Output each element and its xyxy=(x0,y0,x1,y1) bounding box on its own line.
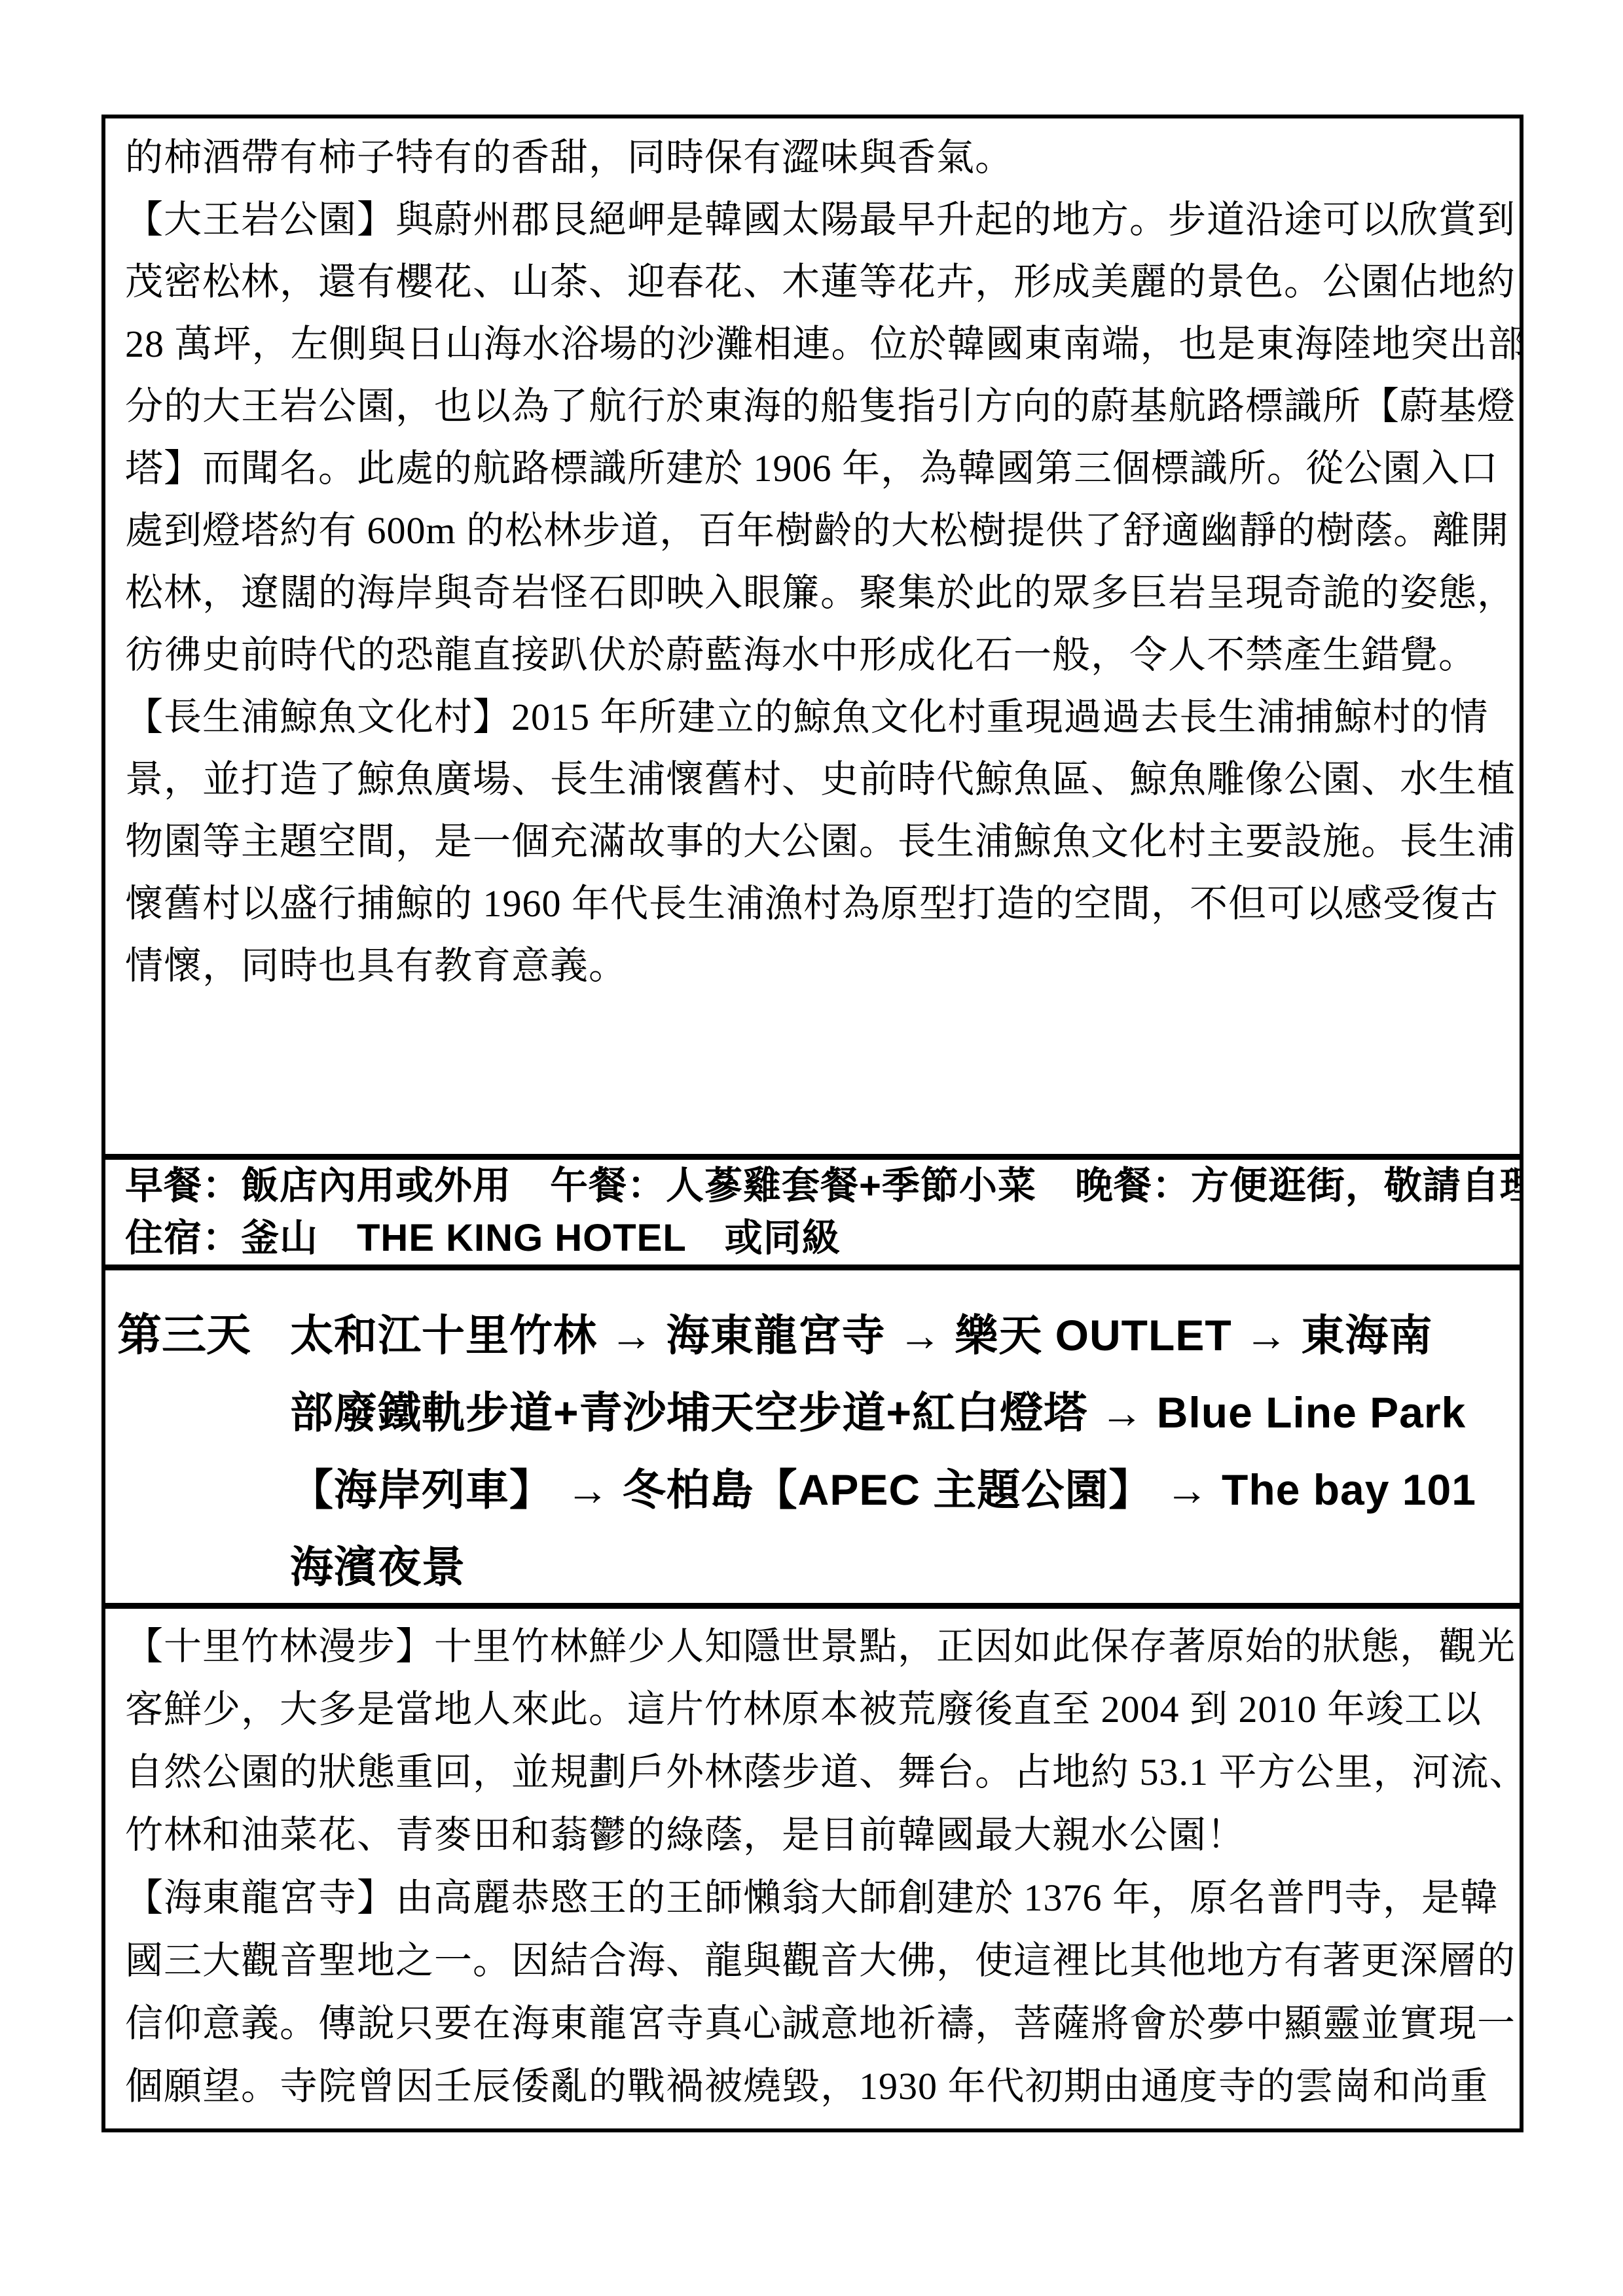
text-line: 處到燈塔約有 600m 的松林步道，百年樹齡的大松樹提供了舒適幽靜的樹蔭。離開 xyxy=(125,499,1503,562)
text-line: 景，並打造了鯨魚廣場、長生浦懷舊村、史前時代鯨魚區、鯨魚雕像公園、水生植 xyxy=(125,748,1503,810)
section-divider xyxy=(105,1603,1520,1609)
text-line: 28 萬坪，左側與日山海水浴場的沙灘相連。位於韓國東南端，也是東海陸地突出部 xyxy=(125,313,1503,375)
text-line: 【長生浦鯨魚文化村】2015 年所建立的鯨魚文化村重現過過去長生浦捕鯨村的情 xyxy=(125,686,1503,748)
text-line: 塔】而聞名。此處的航路標識所建於 1906 年，為韓國第三個標識所。從公園入口 xyxy=(125,437,1503,499)
attractions-section: 【十里竹林漫步】十里竹林鮮少人知隱世景點，正因如此保存著原始的狀態，觀光 客鮮少… xyxy=(105,1609,1520,2128)
text-line: 彷彿史前時代的恐龍直接趴伏於蔚藍海水中形成化石一般，令人不禁產生錯覺。 xyxy=(125,624,1503,686)
section-divider xyxy=(105,1265,1520,1270)
text-line: 【大王岩公園】與蔚州郡艮絕岬是韓國太陽最早升起的地方。步道沿途可以欣賞到 xyxy=(125,188,1503,251)
text-line: 自然公園的狀態重回，並規劃戶外林蔭步道、舞台。占地約 53.1 平方公里，河流、 xyxy=(125,1741,1503,1804)
text-line: 茂密松林，還有櫻花、山茶、迎春花、木蓮等花卉，形成美麗的景色。公園佔地約 xyxy=(125,251,1503,313)
text-line: 客鮮少，大多是當地人來此。這片竹林原本被荒廢後直至 2004 到 2010 年竣… xyxy=(125,1678,1503,1741)
text-line: 【海東龍宮寺】由高麗恭愍王的王師懶翁大師創建於 1376 年，原名普門寺，是韓 xyxy=(125,1867,1503,1929)
section-divider xyxy=(105,1154,1520,1160)
lodging-line: 住宿：釜山 THE KING HOTEL 或同級 xyxy=(125,1212,1503,1265)
itinerary-table: 的柿酒帶有柿子特有的香甜，同時保有澀味與香氣。 【大王岩公園】與蔚州郡艮絕岬是韓… xyxy=(101,115,1523,2132)
text-line: 個願望。寺院曾因壬辰倭亂的戰禍被燒毀，1930 年代初期由通度寺的雲崗和尚重 xyxy=(125,2055,1503,2118)
text-line: 的柿酒帶有柿子特有的香甜，同時保有澀味與香氣。 xyxy=(125,126,1503,188)
meals-line: 早餐：飯店內用或外用 午餐：人蔘雞套餐+季節小菜 晚餐：方便逛街，敬請自理 xyxy=(125,1160,1503,1212)
intro-section: 的柿酒帶有柿子特有的香甜，同時保有澀味與香氣。 【大王岩公園】與蔚州郡艮絕岬是韓… xyxy=(105,118,1520,1162)
itinerary-line: 【海岸列車】 → 冬柏島【APEC 主題公園】 → The bay 101 xyxy=(290,1451,1506,1528)
text-line: 竹林和油菜花、青麥田和蓊鬱的綠蔭，是目前韓國最大親水公園！ xyxy=(125,1804,1503,1867)
day3-label: 第三天 xyxy=(117,1297,290,1374)
text-line: 國三大觀音聖地之一。因結合海、龍與觀音大佛，使這裡比其他地方有著更深層的 xyxy=(125,1929,1503,1992)
day3-itinerary: 太和江十里竹林 → 海東龍宮寺 → 樂天 OUTLET → 東海南 部廢鐵軌步道… xyxy=(290,1297,1506,1605)
text-line: 信仰意義。傳說只要在海東龍宮寺真心誠意地祈禱，菩薩將會於夢中顯靈並實現一 xyxy=(125,1992,1503,2055)
itinerary-line: 部廢鐵軌步道+青沙埔天空步道+紅白燈塔 → Blue Line Park xyxy=(290,1374,1506,1451)
text-line: 松林，遼闊的海岸與奇岩怪石即映入眼簾。聚集於此的眾多巨岩呈現奇詭的姿態， xyxy=(125,562,1503,624)
text-line: 【十里竹林漫步】十里竹林鮮少人知隱世景點，正因如此保存著原始的狀態，觀光 xyxy=(125,1615,1503,1678)
text-line: 分的大王岩公園，也以為了航行於東海的船隻指引方向的蔚基航路標識所【蔚基燈 xyxy=(125,375,1503,437)
document-page: 的柿酒帶有柿子特有的香甜，同時保有澀味與香氣。 【大王岩公園】與蔚州郡艮絕岬是韓… xyxy=(0,0,1623,2296)
meals-lodging-section: 早餐：飯店內用或外用 午餐：人蔘雞套餐+季節小菜 晚餐：方便逛街，敬請自理 住宿… xyxy=(105,1160,1520,1265)
text-line: 懷舊村以盛行捕鯨的 1960 年代長生浦漁村為原型打造的空間，不但可以感受復古 xyxy=(125,872,1503,935)
itinerary-line: 海濱夜景 xyxy=(290,1528,1506,1605)
itinerary-line: 太和江十里竹林 → 海東龍宮寺 → 樂天 OUTLET → 東海南 xyxy=(290,1297,1506,1374)
text-line: 物園等主題空間，是一個充滿故事的大公園。長生浦鯨魚文化村主要設施。長生浦 xyxy=(125,810,1503,872)
text-line: 情懷，同時也具有教育意義。 xyxy=(125,935,1503,997)
day3-header-section: 第三天 太和江十里竹林 → 海東龍宮寺 → 樂天 OUTLET → 東海南 部廢… xyxy=(105,1270,1520,1629)
